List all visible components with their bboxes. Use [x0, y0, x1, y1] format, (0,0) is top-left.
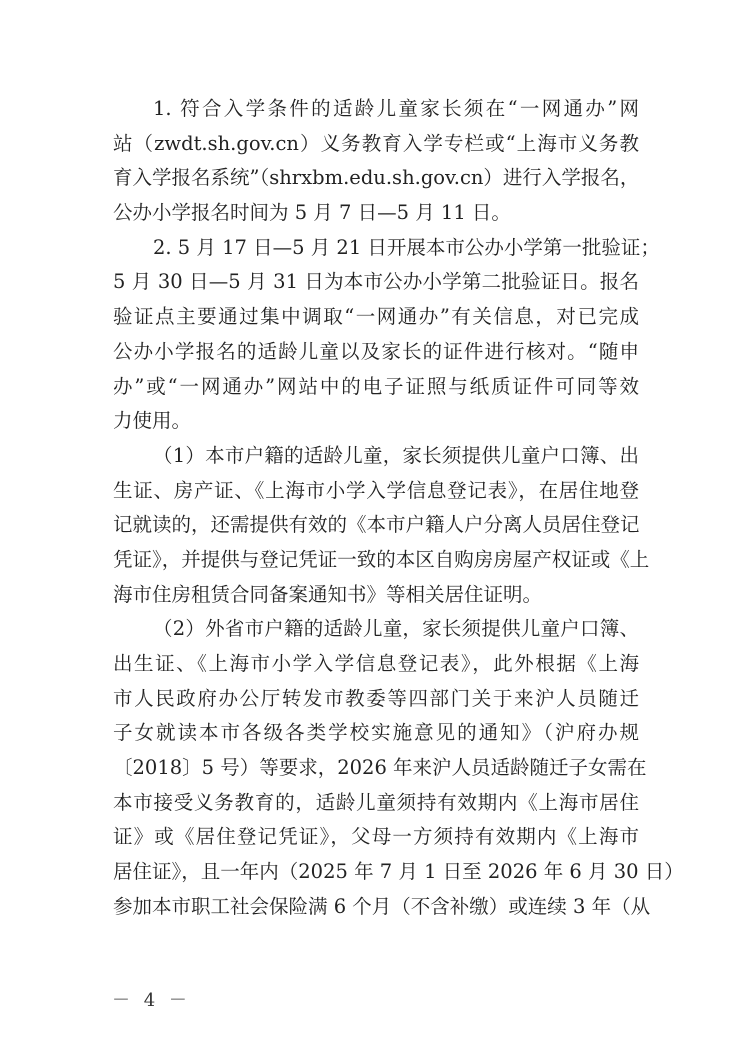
text-line: 海市住房租赁合同备案通知书》等相关居住证明。 [113, 578, 639, 613]
page-number: － 4 － [112, 986, 191, 1012]
text-line: 记就读的，还需提供有效的《本市户籍人户分离人员居住登记 [113, 508, 639, 543]
text-line: 〔2018〕5 号）等要求，2026 年来沪人员适龄随迁子女需在 [113, 751, 639, 786]
text-line: 子女就读本市各级各类学校实施意见的通知》（沪府办规 [113, 716, 639, 751]
text-line: 2. 5 月 17 日—5 月 21 日开展本市公办小学第一批验证； [113, 231, 639, 266]
text-line: 证》或《居住登记凭证》，父母一方须持有效期内《上海市 [113, 820, 639, 855]
text-line: 公办小学报名的适龄儿童以及家长的证件进行核对。“随申 [113, 335, 639, 370]
text-line: 验证点主要通过集中调取“一网通办”有关信息，对已完成 [113, 300, 639, 335]
text-line: 市人民政府办公厅转发市教委等四部门关于来沪人员随迁 [113, 682, 639, 717]
document-body: 1. 符合入学条件的适龄儿童家长须在“一网通办”网 站（zwdt.sh.gov.… [113, 92, 639, 925]
text-line: 居住证》，且一年内（2025 年 7 月 1 日至 2026 年 6 月 30 … [113, 855, 639, 890]
text-line: 凭证》，并提供与登记凭证一致的本区自购房房屋产权证或《上 [113, 543, 639, 578]
text-line: 本市接受义务教育的，适龄儿童须持有效期内《上海市居住 [113, 786, 639, 821]
paragraph-1: 1. 符合入学条件的适龄儿童家长须在“一网通办”网 站（zwdt.sh.gov.… [113, 92, 639, 231]
text-line: 5 月 30 日—5 月 31 日为本市公办小学第二批验证日。报名 [113, 265, 639, 300]
text-line: （1）本市户籍的适龄儿童，家长须提供儿童户口簿、出 [113, 439, 639, 474]
text-line: 公办小学报名时间为 5 月 7 日—5 月 11 日。 [113, 196, 639, 231]
paragraph-3: （1）本市户籍的适龄儿童，家长须提供儿童户口簿、出 生证、房产证、《上海市小学入… [113, 439, 639, 612]
text-line: 站（zwdt.sh.gov.cn）义务教育入学专栏或“上海市义务教 [113, 127, 639, 162]
paragraph-2: 2. 5 月 17 日—5 月 21 日开展本市公办小学第一批验证； 5 月 3… [113, 231, 639, 439]
text-line: 参加本市职工社会保险满 6 个月（不含补缴）或连续 3 年（从 [113, 890, 639, 925]
text-line: 生证、房产证、《上海市小学入学信息登记表》，在居住地登 [113, 474, 639, 509]
paragraph-4: （2）外省市户籍的适龄儿童，家长须提供儿童户口簿、 出生证、《上海市小学入学信息… [113, 612, 639, 924]
text-line: 办”或“一网通办”网站中的电子证照与纸质证件可同等效 [113, 370, 639, 405]
text-line: 出生证、《上海市小学入学信息登记表》，此外根据《上海 [113, 647, 639, 682]
text-line: 力使用。 [113, 404, 639, 439]
text-line: 1. 符合入学条件的适龄儿童家长须在“一网通办”网 [113, 92, 639, 127]
text-line: 育入学报名系统”（shrxbm.edu.sh.gov.cn）进行入学报名， [113, 161, 639, 196]
text-line: （2）外省市户籍的适龄儿童，家长须提供儿童户口簿、 [113, 612, 639, 647]
